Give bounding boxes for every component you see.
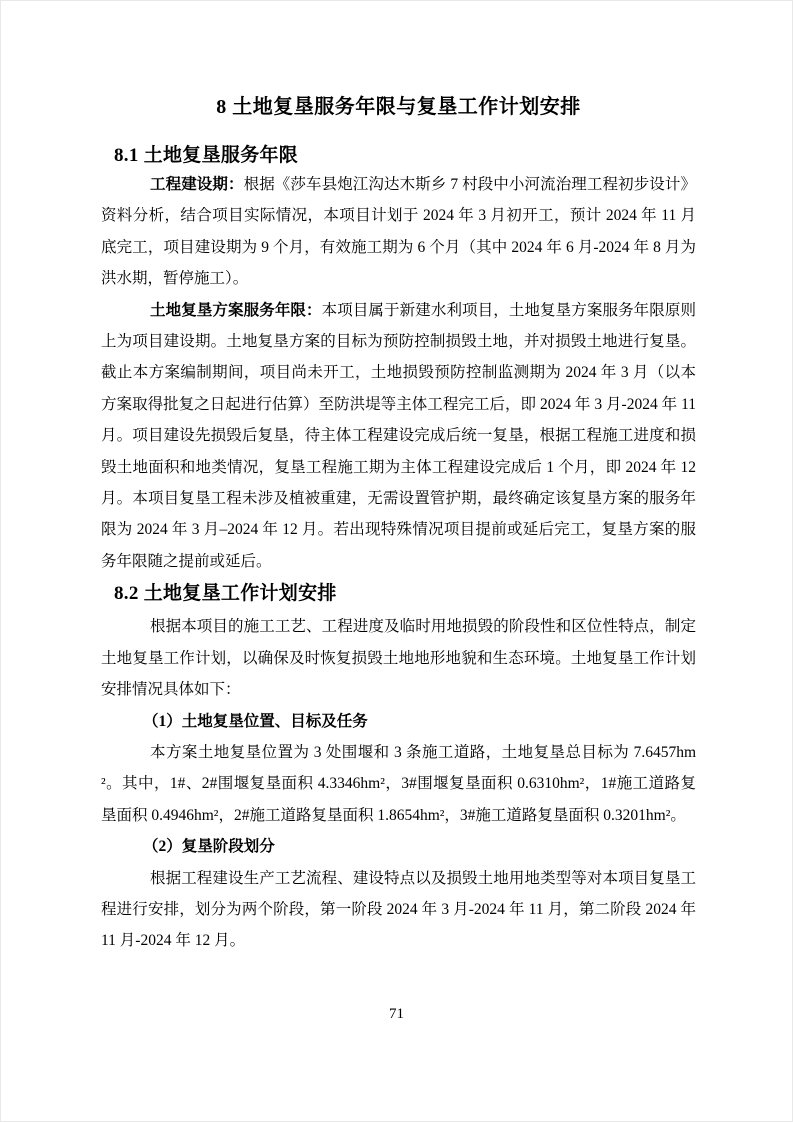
paragraph-construction-period-lead: 工程建设期： [150,176,244,193]
paragraph-reclamation-location-target: 本方案土地复垦位置为 3 处围堰和 3 条施工道路，土地复垦总目标为 7.645… [101,737,696,831]
section-8-1-heading: 8.1 土地复垦服务年限 [114,143,696,169]
paragraph-service-period: 土地复垦方案服务年限：本项目属于新建水利项目，土地复垦方案服务年限原则上为项目建… [101,295,696,578]
paragraph-reclamation-phases: 根据工程建设生产工艺流程、建设特点以及损毁土地用地类型等对本项目复垦工程进行安排… [101,863,696,957]
page-content: 8 土地复垦服务年限与复垦工作计划安排 8.1 土地复垦服务年限 工程建设期：根… [101,1,696,957]
paragraph-construction-period: 工程建设期：根据《莎车县炮江沟达木斯乡 7 村段中小河流治理工程初步设计》资料分… [101,169,696,295]
subheading-reclamation-location-target: （1）土地复垦位置、目标及任务 [101,706,696,737]
paragraph-work-plan-intro: 根据本项目的施工工艺、工程进度及临时用地损毁的阶段性和区位性特点，制定土地复垦工… [101,611,696,705]
chapter-title: 8 土地复垦服务年限与复垦工作计划安排 [101,93,696,121]
page-number: 71 [1,1003,792,1025]
paragraph-service-period-text: 本项目属于新建水利项目，土地复垦方案服务年限原则上为项目建设期。土地复垦方案的目… [101,302,696,570]
document-page: 8 土地复垦服务年限与复垦工作计划安排 8.1 土地复垦服务年限 工程建设期：根… [0,0,793,1122]
section-8-2-heading: 8.2 土地复垦工作计划安排 [114,581,696,607]
paragraph-service-period-lead: 土地复垦方案服务年限： [150,302,322,319]
subheading-reclamation-phases: （2）复垦阶段划分 [101,831,696,862]
